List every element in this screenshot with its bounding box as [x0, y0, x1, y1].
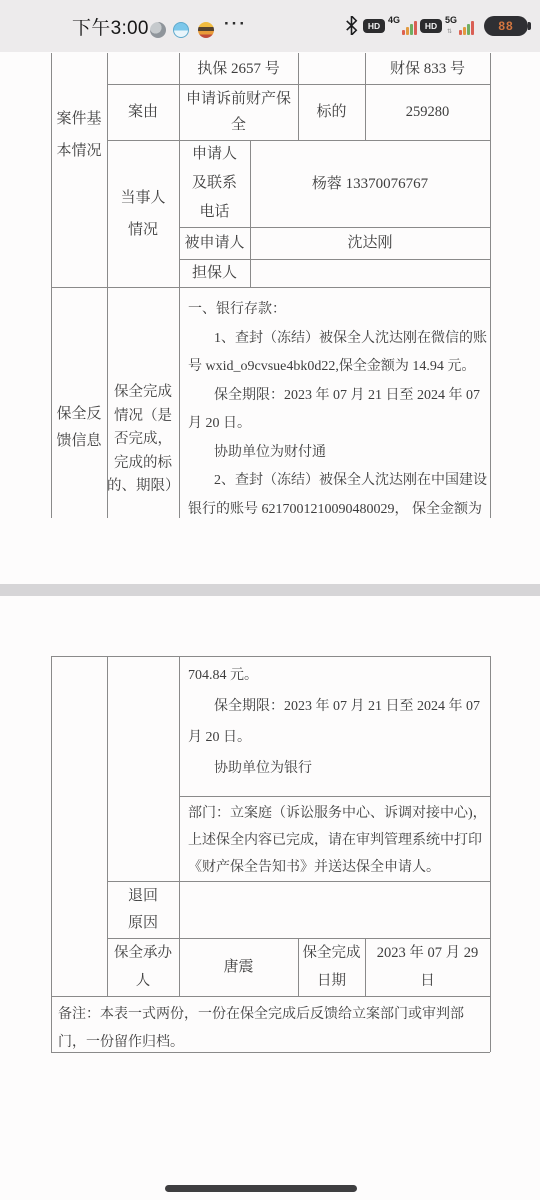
case-number-zhibao: 执保 2657 号	[179, 53, 298, 84]
completion-date-value: 2023 年 07 月 29 日	[365, 938, 490, 996]
guarantor-label: 担保人	[179, 259, 250, 287]
notification-blue-face-emoji-icon	[173, 22, 189, 38]
grid-line	[490, 656, 491, 1052]
undertaker-value: 唐震	[179, 938, 298, 996]
grid-line	[107, 881, 490, 882]
battery-icon: 88	[484, 16, 528, 36]
grid-line	[51, 996, 490, 997]
section-preservation-feedback: 保全反 馈信息	[51, 287, 107, 518]
grid-line	[51, 656, 52, 1052]
grid-line	[51, 53, 52, 518]
grid-line	[107, 938, 490, 939]
grid-line	[298, 53, 299, 140]
grid-line	[490, 53, 491, 518]
grid-line	[107, 140, 490, 141]
remark-cell: 备注：本表一式两份，一份在保全完成后反馈给立案部门或审判部 门，一份留作归档。	[51, 996, 490, 1052]
department-note: 部门：立案庭（诉讼服务中心、诉调对接中心)， 上述保全内容已完成，请在审判管理系…	[179, 796, 490, 881]
phone-screen: 下午3:00 ··· HD 4G HD 5G ⇅ 88 执保 2657 号 财保…	[0, 0, 540, 1200]
parties-section-label: 当事人 情况	[107, 140, 179, 287]
grid-line	[179, 796, 490, 797]
grid-line	[298, 938, 299, 996]
applicant-label: 申请人 及联系 电话	[179, 140, 250, 227]
bluetooth-icon	[345, 16, 358, 40]
data-activity-icon: ⇅	[447, 29, 452, 35]
grid-line	[179, 227, 490, 228]
status-bar[interactable]: 下午3:00 ··· HD 4G HD 5G ⇅ 88	[0, 0, 540, 52]
volte-hd-icon: HD	[420, 19, 442, 33]
completion-status-label: 保全完成 情况（是 否完成， 完成的标 的、期限）	[107, 287, 179, 518]
grid-line	[107, 84, 490, 85]
grid-line	[179, 656, 180, 996]
completion-status-content-continued: 704.84 元。 保全期限：2023 年 07 月 21 日至 2024 年 …	[179, 656, 490, 796]
grid-line	[179, 259, 490, 260]
section-case-basic-info: 案件基 本情况	[51, 53, 107, 287]
undertaker-label: 保全承办 人	[107, 938, 179, 996]
clock: 下午3:00	[72, 13, 149, 40]
grid-line	[51, 656, 490, 657]
subject-amount-label: 标的	[298, 84, 365, 140]
volte-hd-icon: HD	[363, 19, 385, 33]
completion-status-content: 一、银行存款： 1、查封（冻结）被保全人沈达刚在微信的账 号 wxid_o9cv…	[179, 287, 490, 518]
grid-line	[179, 53, 180, 518]
grid-line	[107, 656, 108, 996]
respondent-value: 沈达刚	[250, 227, 490, 259]
signal-4g-icon: 4G	[388, 15, 418, 37]
grid-line	[107, 53, 108, 518]
respondent-label: 被申请人	[179, 227, 250, 259]
grid-line	[51, 287, 490, 288]
page-separator	[0, 584, 540, 596]
grid-line	[51, 1052, 490, 1053]
cause-value: 申请诉前财产保 全	[179, 84, 298, 140]
notification-sunglasses-emoji-icon	[198, 22, 214, 38]
case-number-caibao: 财保 833 号	[365, 53, 490, 84]
grid-line	[365, 938, 366, 996]
applicant-value: 杨蓉 13370076767	[250, 140, 490, 227]
subject-amount-value: 259280	[365, 84, 490, 140]
cause-label: 案由	[107, 84, 179, 140]
completion-date-label: 保全完成 日期	[298, 938, 365, 996]
grid-line	[250, 140, 251, 287]
return-reason-label: 退回 原因	[107, 881, 179, 938]
signal-5g-icon: 5G ⇅	[445, 15, 475, 37]
home-indicator[interactable]	[165, 1185, 357, 1192]
grid-line	[365, 53, 366, 140]
notification-monkey-emoji-icon	[150, 22, 166, 38]
more-notifications-icon: ···	[224, 14, 247, 34]
